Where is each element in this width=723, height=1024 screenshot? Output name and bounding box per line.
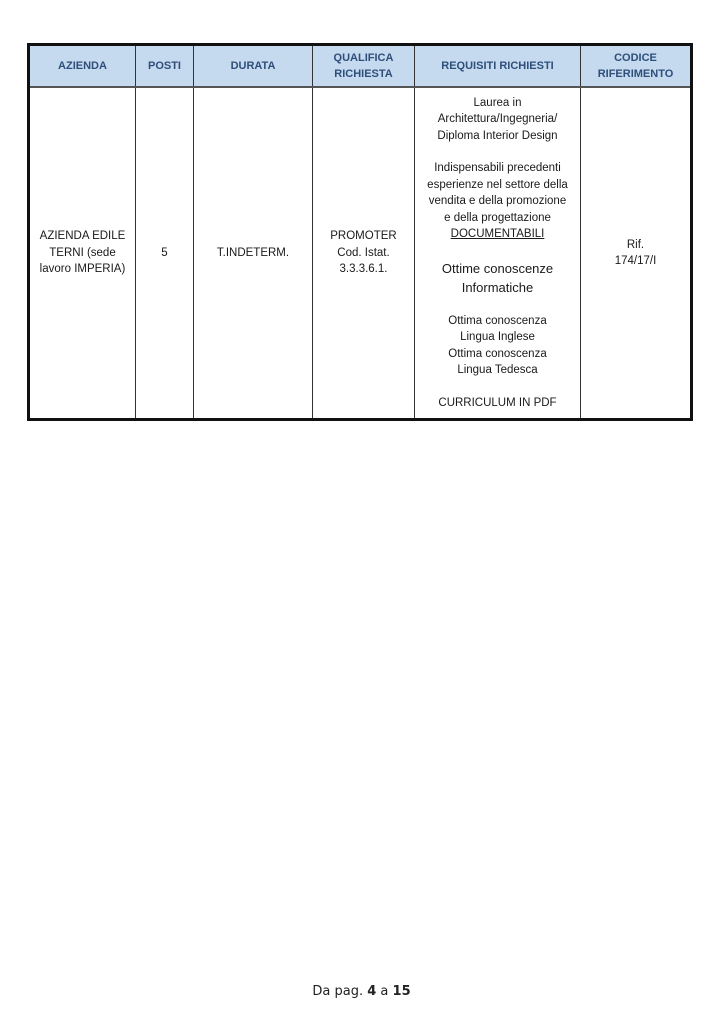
table-row: AZIENDA EDILE TERNI (sede lavoro IMPERIA… (29, 87, 692, 420)
footer-total-pages: 15 (393, 984, 411, 999)
footer-current-page: 4 (367, 984, 376, 999)
requisiti-documentabili: DOCUMENTABILI (419, 226, 576, 243)
cell-codice: Rif. 174/17/I (581, 87, 692, 420)
header-azienda: AZIENDA (29, 45, 136, 88)
qualifica-line2: Cod. Istat. (317, 245, 410, 262)
cell-posti: 5 (136, 87, 194, 420)
requisiti-lingue-line4: Lingua Tedesca (419, 362, 576, 379)
header-qualifica-line2: RICHIESTA (317, 66, 410, 82)
requisiti-informatica-line1: Ottime conoscenze (419, 259, 576, 278)
header-requisiti-label: REQUISITI RICHIESTI (441, 60, 553, 72)
requisiti-informatica-line2: Informatiche (419, 278, 576, 297)
header-codice-line1: CODICE (585, 50, 686, 66)
header-qualifica: QUALIFICA RICHIESTA (313, 45, 415, 88)
header-durata-label: DURATA (231, 60, 276, 72)
header-codice: CODICE RIFERIMENTO (581, 45, 692, 88)
header-durata: DURATA (194, 45, 313, 88)
requisiti-esperienze-line4: e della progettazione (419, 210, 576, 227)
table-header-row: AZIENDA POSTI DURATA QUALIFICA RICHIESTA… (29, 45, 692, 88)
page-footer: Da pag. 4 a 15 (0, 984, 723, 999)
qualifica-line1: PROMOTER (317, 228, 410, 245)
azienda-line3: lavoro IMPERIA) (34, 261, 131, 278)
cell-qualifica: PROMOTER Cod. Istat. 3.3.3.6.1. (313, 87, 415, 420)
cell-durata: T.INDETERM. (194, 87, 313, 420)
codice-line2: 174/17/I (585, 253, 686, 270)
header-azienda-label: AZIENDA (58, 60, 107, 72)
requisiti-esperienze-line2: esperienze nel settore della (419, 177, 576, 194)
spacer (419, 144, 576, 160)
cell-requisiti: Laurea in Architettura/Ingegneria/ Diplo… (415, 87, 581, 420)
footer-separator: a (380, 984, 388, 999)
header-posti-label: POSTI (148, 60, 181, 72)
requisiti-esperienze-line1: Indispensabili precedenti (419, 160, 576, 177)
header-codice-line2: RIFERIMENTO (585, 66, 686, 82)
requisiti-esperienze-line3: vendita e della promozione (419, 193, 576, 210)
job-offers-table: AZIENDA POSTI DURATA QUALIFICA RICHIESTA… (27, 43, 693, 421)
codice-line1: Rif. (585, 237, 686, 254)
header-requisiti: REQUISITI RICHIESTI (415, 45, 581, 88)
spacer (419, 297, 576, 313)
spacer (419, 243, 576, 259)
requisiti-laurea-line2: Architettura/Ingegneria/ (419, 111, 576, 128)
spacer (419, 379, 576, 395)
azienda-line1: AZIENDA EDILE (34, 228, 131, 245)
requisiti-lingue-line2: Lingua Inglese (419, 329, 576, 346)
requisiti-laurea-line1: Laurea in (419, 95, 576, 112)
header-posti: POSTI (136, 45, 194, 88)
cell-azienda: AZIENDA EDILE TERNI (sede lavoro IMPERIA… (29, 87, 136, 420)
requisiti-curriculum: CURRICULUM IN PDF (419, 395, 576, 412)
posti-value: 5 (161, 247, 167, 259)
requisiti-laurea-line3: Diploma Interior Design (419, 128, 576, 145)
footer-prefix: Da pag. (312, 984, 363, 999)
requisiti-lingue-line3: Ottima conoscenza (419, 346, 576, 363)
qualifica-line3: 3.3.3.6.1. (317, 261, 410, 278)
azienda-line2: TERNI (sede (34, 245, 131, 262)
header-qualifica-line1: QUALIFICA (317, 50, 410, 66)
durata-value: T.INDETERM. (217, 247, 289, 259)
requisiti-lingue-line1: Ottima conoscenza (419, 313, 576, 330)
